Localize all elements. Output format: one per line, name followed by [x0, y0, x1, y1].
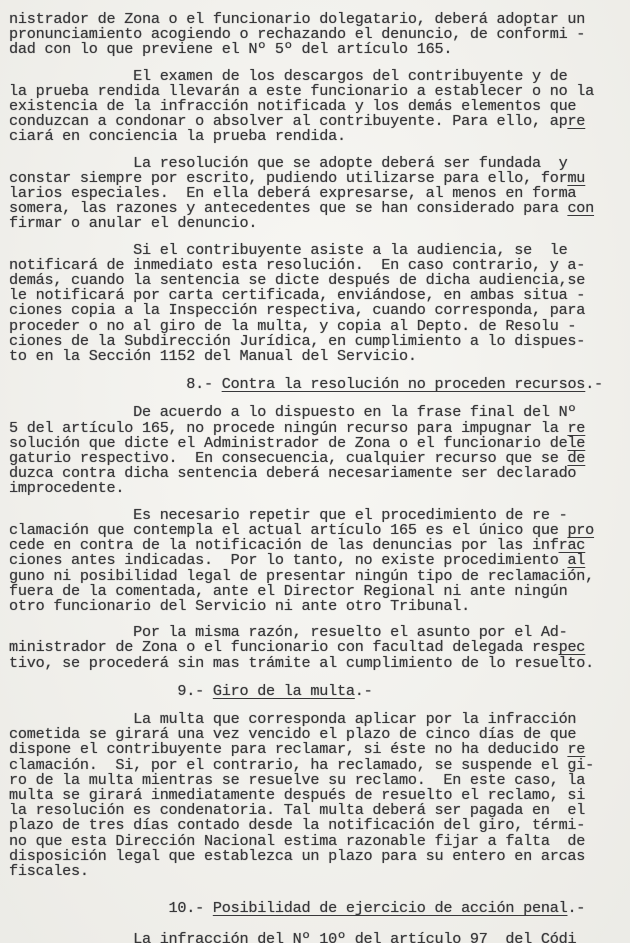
underlined-text: Contra la resolución no proceden recurso…	[222, 375, 585, 393]
text-segment: dad con lo que previene el Nº 5º del art…	[9, 40, 452, 58]
text-line: tivo, se procederá sin mas trámite al cu…	[9, 656, 626, 671]
text-line: ciará en conciencia la prueba rendida.	[9, 129, 626, 144]
paragraph: Por la misma razón, resuelto el asunto p…	[9, 625, 626, 671]
paragraph: La infracción del Nº 10º del artículo 97…	[9, 932, 626, 943]
text-segment: improcedente.	[9, 479, 124, 497]
paragraph: La resolución que se adopte deberá ser f…	[9, 156, 626, 232]
text-segment: La infracción del Nº 10º del artículo 97…	[9, 930, 559, 943]
paragraph: Es necesario repetir que el procedimient…	[9, 508, 626, 614]
text-line: to en la Sección 1152 del Manual del Ser…	[9, 349, 626, 364]
section-heading: 9.- Giro de la multa.-	[9, 684, 626, 699]
text-segment: tivo, se procederá sin mas trámite al cu…	[9, 654, 594, 672]
section-heading: 10.- Posibilidad de ejercicio de acción …	[9, 901, 626, 916]
text-segment: fiscales.	[9, 862, 89, 880]
section-heading: 8.- Contra la resolución no proceden rec…	[9, 377, 626, 392]
text-segment: .-	[567, 899, 585, 917]
underlined-text: Posibilidad de ejercicio de acción penal	[213, 899, 568, 917]
text-segment: to en la Sección 1152 del Manual del Ser…	[9, 347, 417, 365]
text-line: improcedente.	[9, 481, 626, 496]
text-line: firmar o anular el denuncio.	[9, 216, 626, 231]
text-segment: ciará en conciencia la prueba rendida.	[9, 127, 346, 145]
paragraph: Si el contribuyente asiste a la audienci…	[9, 243, 626, 365]
text-line: 8.- Contra la resolución no proceden rec…	[9, 377, 626, 392]
paragraph: De acuerdo a lo dispuesto en la frase fi…	[9, 405, 626, 496]
text-segment: 10.-	[9, 899, 213, 917]
text-segment: disposición legal que establezca un plaz…	[9, 847, 585, 865]
underlined-text: re	[567, 112, 585, 130]
text-line: La infracción del Nº 10º del artículo 97…	[9, 932, 626, 943]
paragraph: nistrador de Zona o el funcionario doleg…	[9, 12, 626, 58]
text-line: 10.- Posibilidad de ejercicio de acción …	[9, 901, 626, 916]
text-segment: firmar o anular el denuncio.	[9, 214, 257, 232]
text-line: fiscales.	[9, 864, 626, 879]
text-segment: .-	[355, 682, 373, 700]
paragraph: El examen de los descargos del contribuy…	[9, 69, 626, 145]
text-line: dad con lo que previene el Nº 5º del art…	[9, 42, 626, 57]
underlined-text: con	[567, 199, 594, 217]
text-segment: 9.-	[9, 682, 213, 700]
text-line: otro funcionario del Servicio ni ante ot…	[9, 599, 626, 614]
text-line: disposición legal que establezca un plaz…	[9, 849, 626, 864]
text-line: 9.- Giro de la multa.-	[9, 684, 626, 699]
paragraph: La multa que corresponda aplicar por la …	[9, 712, 626, 879]
underlined-text: di	[559, 930, 577, 943]
text-segment: otro funcionario del Servicio ni ante ot…	[9, 597, 470, 615]
document-body: nistrador de Zona o el funcionario doleg…	[9, 12, 626, 943]
underlined-text: Giro de la multa	[213, 682, 355, 700]
text-segment: 8.-	[9, 375, 222, 393]
text-segment: .-	[585, 375, 603, 393]
document-page: nistrador de Zona o el funcionario doleg…	[0, 0, 630, 943]
